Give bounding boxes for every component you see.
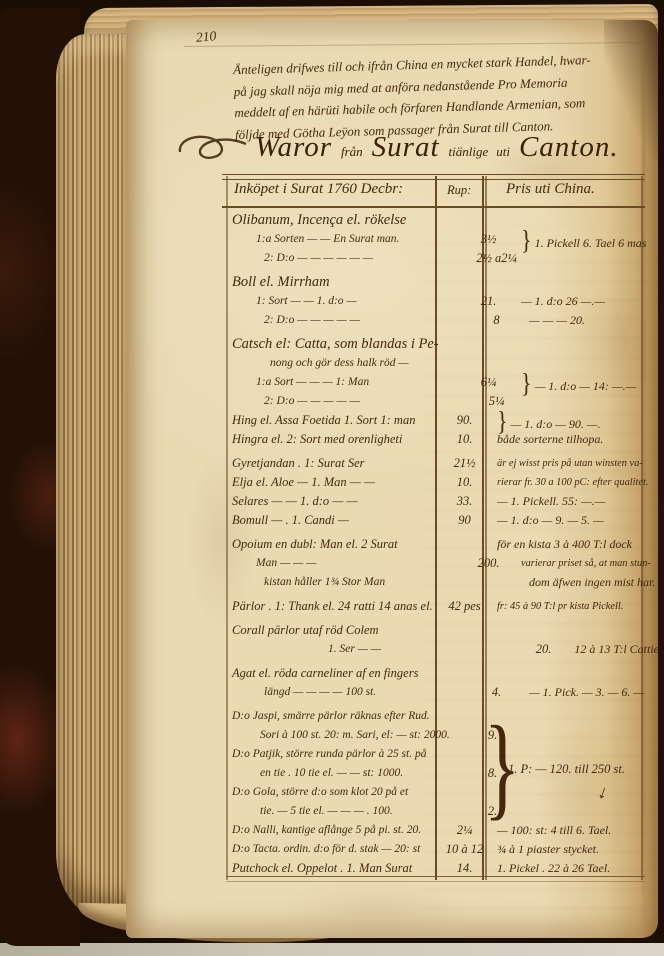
price-cell: }— 1. d:o — 90. —. xyxy=(488,411,659,430)
item-cell: 2: D:o — — — — — xyxy=(226,311,473,330)
price-cell xyxy=(520,249,659,268)
table-row: längd — — — — 100 st. 4. — 1. Pick. — 3.… xyxy=(226,683,659,702)
rupee-cell: 10. xyxy=(441,473,488,492)
title-part: Waror xyxy=(255,131,332,163)
title-part: uti xyxy=(496,144,510,159)
title-part: tiänlige xyxy=(449,144,489,159)
rupee-cell xyxy=(441,621,488,640)
rupee-cell: 2¼ xyxy=(441,821,488,840)
page-number: 210 xyxy=(195,28,217,46)
item-cell: Putchock el. Oppelot . 1. Man Surat xyxy=(226,859,441,878)
item-cell: Boll el. Mirrham xyxy=(226,273,441,292)
table-row: nong och gör dess halk röd — xyxy=(226,354,659,373)
rupee-cell: 90. xyxy=(441,411,488,430)
price-cell xyxy=(488,273,659,292)
price-cell: — 1. Pick. — 3. — 6. — xyxy=(520,683,659,702)
item-cell: D:o Jaspi, smärre pärlor räknas efter Ru… xyxy=(226,707,441,726)
item-cell: 1:a Sorten — — En Surat man. xyxy=(226,230,465,249)
price-cell: varierar priset så, at man stun- xyxy=(512,554,659,573)
rupee-cell: 2½ a2¼ xyxy=(473,249,520,268)
price-cell: — 1. Pickell. 55: —.— xyxy=(488,492,659,511)
table-row: Boll el. Mirrham xyxy=(226,273,659,292)
table-row: 1. Ser — — 20. 12 à 13 T:l Cattie xyxy=(226,640,659,659)
price-cell xyxy=(488,211,659,230)
table-row: 2: D:o — — — — — 5¼ xyxy=(226,392,659,411)
rupee-cell xyxy=(479,354,526,373)
rupee-cell: 200. xyxy=(465,554,512,573)
price-cell: 1. Pickel . 22 à 26 Tael. xyxy=(488,859,659,878)
item-cell: 2: D:o — — — — — xyxy=(226,392,473,411)
table-row: Putchock el. Oppelot . 1. Man Surat 14. … xyxy=(226,859,659,878)
rupee-cell xyxy=(473,573,520,592)
item-cell: D:o Patjik, större runda pärlor à 25 st.… xyxy=(226,745,441,764)
table-row: Corall pärlor utaf röd Colem xyxy=(226,621,659,640)
price-cell xyxy=(516,802,659,821)
rupee-cell: 6¼ xyxy=(465,373,512,392)
desk-surface xyxy=(0,943,664,956)
item-cell: Hingra el. 2: Sort med orenligheti xyxy=(226,430,441,449)
table-row: Opoium en dubl: Man el. 2 Surat för en k… xyxy=(226,535,659,554)
rupee-cell xyxy=(441,745,488,764)
item-cell: längd — — — — 100 st. xyxy=(226,683,473,702)
item-cell: Sori à 100 st. 20: m. Sari, el: — st: 20… xyxy=(226,726,469,745)
price-cell: 12 à 13 T:l Cattie xyxy=(565,640,659,659)
price-cell xyxy=(488,335,659,354)
rupee-cell xyxy=(441,535,488,554)
row-brace: } xyxy=(497,409,508,433)
stain xyxy=(276,880,476,940)
price-cell: }— 1. d:o — 14: —.— xyxy=(512,373,659,392)
item-cell: Corall pärlor utaf röd Colem xyxy=(226,621,441,640)
item-cell: 2: D:o — — — — — — xyxy=(226,249,473,268)
rupee-cell xyxy=(441,211,488,230)
rupee-cell xyxy=(441,273,488,292)
rupee-cell: 21. xyxy=(465,292,512,311)
item-cell: tie. — 5 tie el. — — — . 100. xyxy=(226,802,469,821)
table-row: Olibanum, Incença el. rökelse xyxy=(226,211,659,230)
table-row: D:o Gola, större d:o som klot 20 på et xyxy=(226,783,659,802)
item-cell: Catsch el: Catta, som blandas i Pe- xyxy=(226,335,441,354)
table-row: Hing el. Assa Foetida 1. Sort 1: man 90.… xyxy=(226,411,659,430)
price-cell: dom äfwen ingen mist har. xyxy=(520,573,659,592)
table-row: D:o Jaspi, smärre pärlor räknas efter Ru… xyxy=(226,707,659,726)
title-part: Surat xyxy=(372,131,440,163)
header-item-column: Inköpet i Surat 1760 Decbr: xyxy=(226,179,443,198)
rupee-cell: 42 pes xyxy=(441,597,488,616)
rupee-cell xyxy=(441,664,488,683)
brace-note-label: 1. P: — 120. till 250 st. xyxy=(508,762,625,777)
price-cell: ¾ à 1 piaster stycket. xyxy=(488,840,659,859)
item-cell: Pärlor . 1: Thank el. 24 ratti 14 anas e… xyxy=(226,597,441,616)
item-cell: Agat el. röda carneliner af en fingers xyxy=(226,664,441,683)
table-row: kistan håller 1¾ Stor Man dom äfwen inge… xyxy=(226,573,659,592)
item-cell: 1. Ser — — xyxy=(226,640,522,659)
page-title: WarorfrånSurattiänligeutiCanton. xyxy=(176,130,656,164)
price-cell: }1. Pickell 6. Tael 6 mas xyxy=(512,230,659,249)
price-cell: fr: 45 à 90 T:l pr kista Pickell. xyxy=(488,597,659,616)
title-part: Canton. xyxy=(519,131,619,163)
item-cell: Bomull — . 1. Candi — xyxy=(226,511,441,530)
price-cell xyxy=(488,664,659,683)
rupee-cell: 14. xyxy=(441,859,488,878)
row-brace: } xyxy=(521,371,532,395)
item-cell: 1: Sort — — 1. d:o — xyxy=(226,292,465,311)
header-price-column: Pris uti China. xyxy=(494,179,643,198)
rupee-cell: 21½ xyxy=(441,454,488,473)
table-row: Sori à 100 st. 20: m. Sari, el: — st: 20… xyxy=(226,726,659,745)
price-cell: rierar fr. 30 a 100 pC: efter qualitet. xyxy=(488,473,659,492)
title-part: från xyxy=(341,144,363,159)
rupee-cell: 8 xyxy=(473,311,520,330)
price-cell: — — — 20. xyxy=(520,311,659,330)
table-row: D:o Tacta. ordin. d:o för d. stak — 20: … xyxy=(226,840,659,859)
rupee-cell xyxy=(441,707,488,726)
table-row: 2: D:o — — — — — — 2½ a2¼ xyxy=(226,249,659,268)
rupee-cell: 20. xyxy=(522,640,566,659)
price-cell xyxy=(488,621,659,640)
table-row: 1:a Sorten — — En Surat man. 3½ }1. Pick… xyxy=(226,230,659,249)
item-cell: Elja el. Aloe — 1. Man — — xyxy=(226,473,441,492)
ruled-top-line xyxy=(184,42,652,47)
table-row: Catsch el: Catta, som blandas i Pe- xyxy=(226,335,659,354)
table-row: tie. — 5 tie el. — — — . 100. 2. xyxy=(226,802,659,821)
item-cell: D:o Gola, större d:o som klot 20 på et xyxy=(226,783,441,802)
item-cell: Opoium en dubl: Man el. 2 Surat xyxy=(226,535,441,554)
item-cell: nong och gör dess halk röd — xyxy=(226,354,479,373)
price-cell: är ej wisst pris på utan winsten va- xyxy=(488,454,659,473)
rupee-cell: 90 xyxy=(441,511,488,530)
price-cell xyxy=(516,726,659,745)
price-cell: — 1. d:o 26 —.— xyxy=(512,292,659,311)
price-cell: både sorterne tilhopa. xyxy=(488,430,659,449)
price-cell: — 1. d:o — 9. — 5. — xyxy=(488,511,659,530)
table-row: D:o Nalli, kantige aflånge 5 på pi. st. … xyxy=(226,821,659,840)
item-cell: en tie . 10 tie el. — — st: 1000. xyxy=(226,764,469,783)
table-row: Agat el. röda carneliner af en fingers xyxy=(226,664,659,683)
rupee-cell: 4. xyxy=(473,683,520,702)
item-cell: D:o Tacta. ordin. d:o för d. stak — 20: … xyxy=(226,840,441,859)
item-cell: kistan håller 1¾ Stor Man xyxy=(226,573,473,592)
table-body: Olibanum, Incença el. rökelse 1:a Sorten… xyxy=(226,208,659,878)
table-row: 2: D:o — — — — — 8 — — — 20. xyxy=(226,311,659,330)
ledger-table: Inköpet i Surat 1760 Decbr: Rup: Pris ut… xyxy=(226,174,643,882)
item-cell: 1:a Sort — — — 1: Man xyxy=(226,373,465,392)
manuscript-page: 210 Änteligen drifwes till och ifrån Chi… xyxy=(126,20,658,938)
item-cell: Gyretjandan . 1: Surat Ser xyxy=(226,454,441,473)
price-cell: för en kista 3 à 400 T:l dock xyxy=(488,535,659,554)
manuscript-scene: 210 Änteligen drifwes till och ifrån Chi… xyxy=(0,0,664,956)
rupee-cell: 10. xyxy=(441,430,488,449)
table-row: Gyretjandan . 1: Surat Ser 21½ är ej wis… xyxy=(226,454,659,473)
rupee-cell: 33. xyxy=(441,492,488,511)
table-row: 1: Sort — — 1. d:o — 21. — 1. d:o 26 —.— xyxy=(226,292,659,311)
table-row: Selares — — 1. d:o — — 33. — 1. Pickell.… xyxy=(226,492,659,511)
pen-flourish-icon xyxy=(176,130,248,164)
table-row: Elja el. Aloe — 1. Man — — 10. rierar fr… xyxy=(226,473,659,492)
price-cell xyxy=(526,354,659,373)
table-row: Bomull — . 1. Candi — 90 — 1. d:o — 9. —… xyxy=(226,511,659,530)
table-row: 1:a Sort — — — 1: Man 6¼ }— 1. d:o — 14:… xyxy=(226,373,659,392)
item-cell: D:o Nalli, kantige aflånge 5 på pi. st. … xyxy=(226,821,441,840)
item-cell: Selares — — 1. d:o — — xyxy=(226,492,441,511)
item-cell: Olibanum, Incença el. rökelse xyxy=(226,211,441,230)
header-rupee-column: Rup: xyxy=(443,179,494,198)
row-brace: } xyxy=(521,228,532,252)
rupee-cell xyxy=(441,783,488,802)
table-row: Man — — — 200. varierar priset så, at ma… xyxy=(226,554,659,573)
table-row: Hingra el. 2: Sort med orenligheti 10. b… xyxy=(226,430,659,449)
grouping-brace: } xyxy=(484,706,506,828)
table-header: Inköpet i Surat 1760 Decbr: Rup: Pris ut… xyxy=(226,179,643,206)
rupee-cell: 3½ xyxy=(465,230,512,249)
price-cell xyxy=(520,392,659,411)
rupee-cell xyxy=(441,335,488,354)
table-row: Pärlor . 1: Thank el. 24 ratti 14 anas e… xyxy=(226,597,659,616)
rupee-cell: 10 à 12 xyxy=(441,840,488,859)
item-cell: Man — — — xyxy=(226,554,465,573)
item-cell: Hing el. Assa Foetida 1. Sort 1: man xyxy=(226,411,441,430)
